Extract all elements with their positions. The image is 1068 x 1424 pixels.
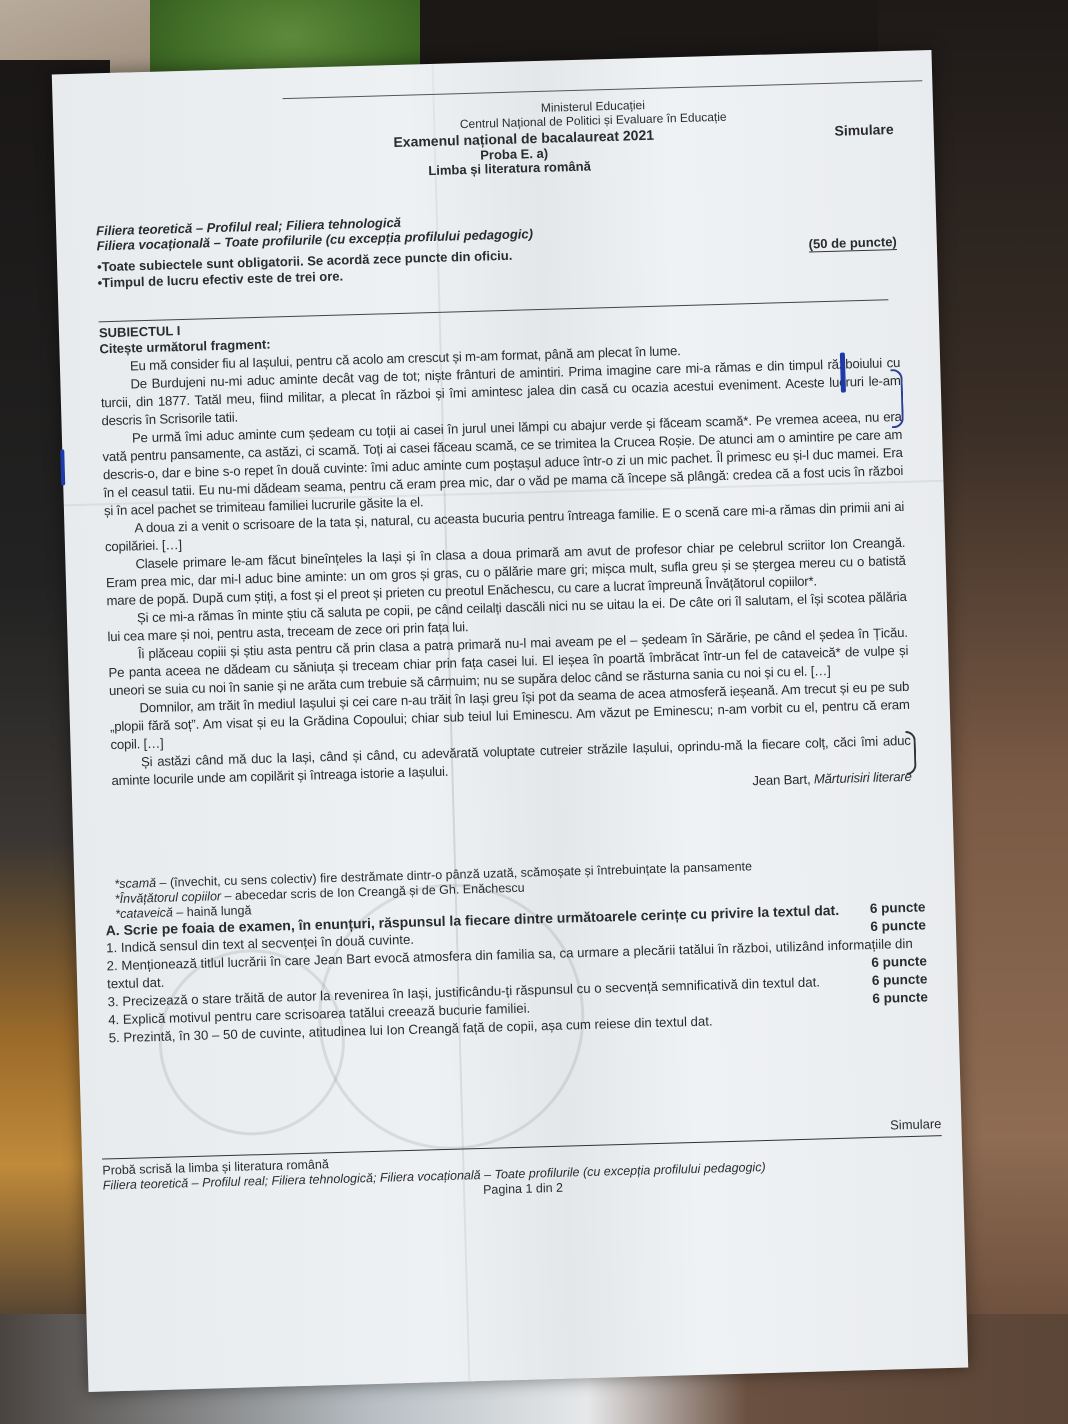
task-points: 6 puncte: [870, 898, 926, 918]
footer-simulare: Simulare: [890, 1116, 942, 1132]
exam-meta: Filiera teoretică – Profilul real; Filie…: [96, 203, 838, 292]
pen-mark: [60, 449, 65, 485]
author: Jean Bart,: [752, 772, 814, 789]
task-points: 6 puncte: [870, 916, 926, 936]
section-rule: [99, 299, 889, 322]
exam-header: Ministerul Educației Centrul Național de…: [53, 90, 935, 189]
pen-bracket: [890, 369, 904, 428]
exam-paper: Ministerul Educației Centrul Național de…: [52, 50, 968, 1392]
task-list: A. Scrie pe foaia de examen, în enunțuri…: [105, 898, 928, 1047]
text-fragment: Eu mă consider fiu al Iașului, pentru că…: [100, 336, 912, 808]
pen-bracket: [905, 731, 916, 775]
task-points: 6 puncte: [872, 970, 928, 990]
task-points: 6 puncte: [871, 952, 927, 972]
task-points: 6 puncte: [872, 988, 928, 1008]
work-title: Mărturisiri literare: [814, 769, 912, 787]
simulare-label: Simulare: [834, 121, 894, 139]
page-number: Pagina 1 din 2: [483, 1181, 563, 1198]
section-title: SUBIECTUL I: [99, 323, 181, 340]
pen-mark: [840, 353, 846, 393]
total-points: (50 de puncte): [808, 234, 897, 252]
page-footer: Probă scrisă la limba și literatura româ…: [102, 1140, 963, 1194]
